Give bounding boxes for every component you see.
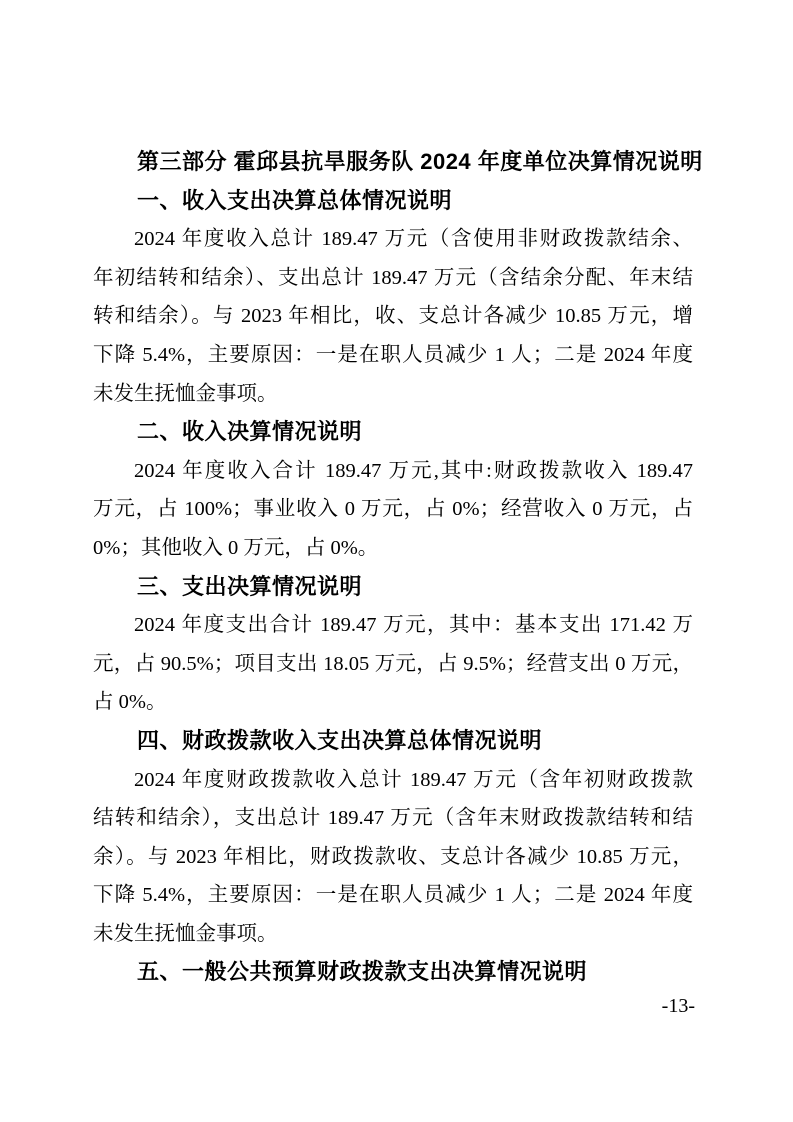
section-3: 三、支出决算情况说明 2024 年度支出合计 189.47 万元，其中：基本支出… xyxy=(93,568,693,722)
section-4-heading: 四、财政拨款收入支出决算总体情况说明 xyxy=(93,722,693,761)
paragraph-line: 2024 年度支出合计 189.47 万元，其中：基本支出 171.42 万 xyxy=(93,606,693,645)
section-5-heading: 五、一般公共预算财政拨款支出决算情况说明 xyxy=(93,953,693,992)
section-4: 四、财政拨款收入支出决算总体情况说明 2024 年度财政拨款收入总计 189.4… xyxy=(93,722,693,954)
paragraph-line: 未发生抚恤金事项。 xyxy=(93,375,693,414)
paragraph-line: 下降 5.4%，主要原因：一是在职人员减少 1 人；二是 2024 年度 xyxy=(93,336,693,375)
paragraph-line: 下降 5.4%，主要原因：一是在职人员减少 1 人；二是 2024 年度 xyxy=(93,876,693,915)
paragraph-line: 0%；其他收入 0 万元，占 0%。 xyxy=(93,529,693,568)
section-2: 二、收入决算情况说明 2024 年度收入合计 189.47 万元,其中:财政拨款… xyxy=(93,413,693,567)
section-2-heading: 二、收入决算情况说明 xyxy=(93,413,693,452)
page-number: -13- xyxy=(662,992,695,1020)
section-1-heading: 一、收入支出决算总体情况说明 xyxy=(93,182,693,221)
paragraph-line: 转和结余）。与 2023 年相比，收、支总计各减少 10.85 万元，增 xyxy=(93,297,693,336)
section-3-heading: 三、支出决算情况说明 xyxy=(93,568,693,607)
document-title: 第三部分 霍邱县抗旱服务队 2024 年度单位决算情况说明 xyxy=(93,143,693,182)
document-page: 第三部分 霍邱县抗旱服务队 2024 年度单位决算情况说明 一、收入支出决算总体… xyxy=(0,0,793,1122)
document-content: 第三部分 霍邱县抗旱服务队 2024 年度单位决算情况说明 一、收入支出决算总体… xyxy=(93,143,693,992)
paragraph-line: 2024 年度收入总计 189.47 万元（含使用非财政拨款结余、 xyxy=(93,220,693,259)
paragraph-line: 占 0%。 xyxy=(93,683,693,722)
paragraph-line: 结转和结余），支出总计 189.47 万元（含年末财政拨款结转和结 xyxy=(93,799,693,838)
paragraph-line: 余）。与 2023 年相比，财政拨款收、支总计各减少 10.85 万元， xyxy=(93,838,693,877)
section-1: 一、收入支出决算总体情况说明 2024 年度收入总计 189.47 万元（含使用… xyxy=(93,182,693,414)
paragraph-line: 万元，占 100%；事业收入 0 万元，占 0%；经营收入 0 万元，占 xyxy=(93,490,693,529)
paragraph-line: 2024 年度收入合计 189.47 万元,其中:财政拨款收入 189.47 xyxy=(93,452,693,491)
paragraph-line: 元，占 90.5%；项目支出 18.05 万元，占 9.5%；经营支出 0 万元… xyxy=(93,645,693,684)
paragraph-line: 未发生抚恤金事项。 xyxy=(93,915,693,954)
section-5: 五、一般公共预算财政拨款支出决算情况说明 xyxy=(93,953,693,992)
paragraph-line: 2024 年度财政拨款收入总计 189.47 万元（含年初财政拨款 xyxy=(93,761,693,800)
paragraph-line: 年初结转和结余）、支出总计 189.47 万元（含结余分配、年末结 xyxy=(93,259,693,298)
